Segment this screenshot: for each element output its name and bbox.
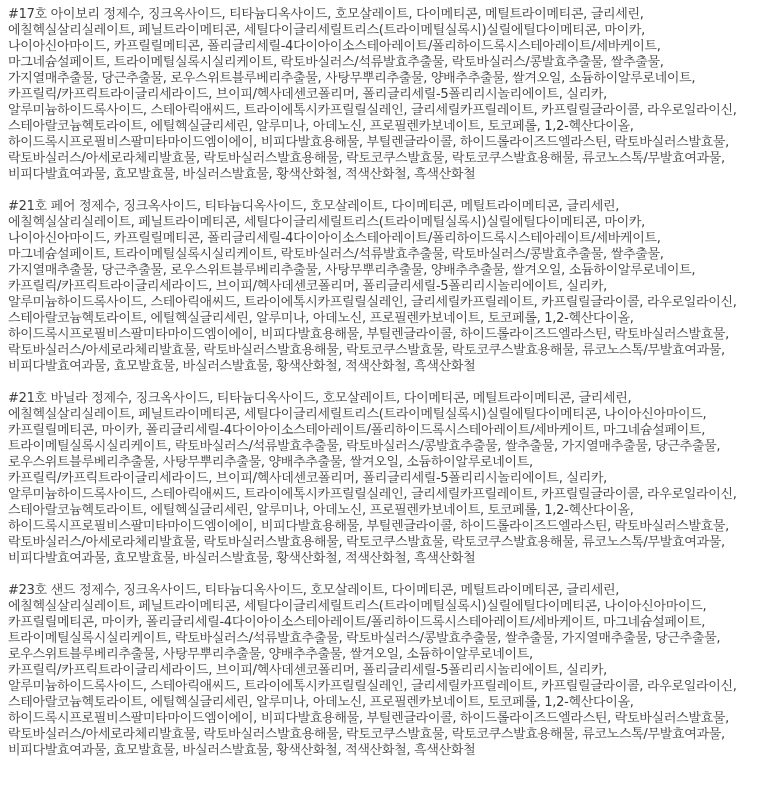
ingredient-line: 스테아랄코늄헥토라이트, 에틸헥실글리세린, 알루미나, 아데노신, 프로필렌카… (8, 311, 780, 327)
ingredient-line: 나이아신아마이드, 카프릴릴메티콘, 폴리글리세릴-4다이아이소스테아레이트/폴… (8, 39, 780, 55)
ingredient-line: #21호 바닐라 정제수, 징크옥사이드, 티타늄디옥사이드, 호모살레이트, … (8, 391, 780, 407)
ingredient-line: #17호 아이보리 정제수, 징크옥사이드, 티타늄디옥사이드, 호모살레이트,… (8, 7, 780, 23)
ingredient-block-21-fair: #21호 페어 정제수, 징크옥사이드, 티타늄디옥사이드, 호모살레이트, 다… (8, 199, 780, 375)
ingredient-line: #21호 페어 정제수, 징크옥사이드, 티타늄디옥사이드, 호모살레이트, 다… (8, 199, 780, 215)
ingredient-line: 로우스위트블루베리추출물, 사탕무뿌리추출물, 양배추추출물, 쌀겨오일, 소듐… (8, 455, 780, 471)
ingredient-line: 비피다발효여과물, 효모발효물, 바실러스발효물, 황색산화철, 적색산화철, … (8, 359, 780, 375)
ingredient-line: 트라이메틸실록시실리케이트, 락토바실러스/석류발효추출물, 락토바실러스/콩발… (8, 439, 780, 455)
ingredient-line: 카프릴릴메티콘, 마이카, 폴리글리세릴-4다이아이소스테아레이트/폴리하이드록… (8, 423, 780, 439)
ingredient-line: 알루미늄하이드록사이드, 스테아릭애씨드, 트라이에톡시카프릴릴실레인, 글리세… (8, 295, 780, 311)
ingredient-line: 알루미늄하이드록사이드, 스테아릭애씨드, 트라이에톡시카프릴릴실레인, 글리세… (8, 487, 780, 503)
ingredient-block-17-ivory: #17호 아이보리 정제수, 징크옥사이드, 티타늄디옥사이드, 호모살레이트,… (8, 7, 780, 183)
ingredient-line: 에칠헥실살리실레이트, 페닐트라이메티콘, 세틸다이글리세릴트리스(트라이메틸실… (8, 407, 780, 423)
ingredient-line: 가지열매추출물, 당근추출물, 로우스위트블루베리추출물, 사탕무뿌리추출물, … (8, 263, 780, 279)
ingredient-line: 락토바실러스/아세로라체리발효물, 락토바실러스발효용해물, 락토코쿠스발효물,… (8, 343, 780, 359)
ingredient-line: 카프릴릭/카프릭트라이글리세라이드, 브이피/헥사데센코폴리머, 폴리글리세릴-… (8, 663, 780, 679)
ingredient-line: 비피다발효여과물, 효모발효물, 바실러스발효물, 황색산화철, 적색산화철, … (8, 551, 780, 567)
ingredient-line: 카프릴릴메티콘, 마이카, 폴리글리세릴-4다이아이소스테아레이트/폴리하이드록… (8, 615, 780, 631)
ingredient-block-21-vanilla: #21호 바닐라 정제수, 징크옥사이드, 티타늄디옥사이드, 호모살레이트, … (8, 391, 780, 567)
ingredient-line: 락토바실러스/아세로라체리발효물, 락토바실러스발효용해물, 락토코쿠스발효물,… (8, 151, 780, 167)
ingredient-line: 스테아랄코늄헥토라이트, 에틸헥실글리세린, 알루미나, 아데노신, 프로필렌카… (8, 503, 780, 519)
ingredient-line: 카프릴릭/카프릭트라이글리세라이드, 브이피/헥사데센코폴리머, 폴리글리세릴-… (8, 471, 780, 487)
ingredient-line: 마그네슘설페이트, 트라이메틸실록시실리케이트, 락토바실러스/석류발효추출물,… (8, 247, 780, 263)
ingredient-line: 비피다발효여과물, 효모발효물, 바실러스발효물, 황색산화철, 적색산화철, … (8, 167, 780, 183)
ingredient-block-23-sand: #23호 샌드 정제수, 징크옥사이드, 티타늄디옥사이드, 호모살레이트, 다… (8, 583, 780, 759)
ingredient-line: 락토바실러스/아세로라체리발효물, 락토바실러스발효용해물, 락토코쿠스발효물,… (8, 535, 780, 551)
ingredient-line: 가지열매추출물, 당근추출물, 로우스위트블루베리추출물, 사탕무뿌리추출물, … (8, 71, 780, 87)
ingredient-line: 알루미늄하이드록사이드, 스테아릭애씨드, 트라이에톡시카프릴릴실레인, 글리세… (8, 103, 780, 119)
ingredient-line: 에칠헥실살리실레이트, 페닐트라이메티콘, 세틸다이글리세릴트리스(트라이메틸실… (8, 23, 780, 39)
ingredient-line: 하이드록시프로필비스팔미타마이드엠이에이, 비피다발효용해물, 부틸렌글라이콜,… (8, 327, 780, 343)
ingredient-line: 로우스위트블루베리추출물, 사탕무뿌리추출물, 양배추추출물, 쌀겨오일, 소듐… (8, 647, 780, 663)
ingredient-line: 스테아랄코늄헥토라이트, 에틸헥실글리세린, 알루미나, 아데노신, 프로필렌카… (8, 119, 780, 135)
ingredient-line: 알루미늄하이드록사이드, 스테아릭애씨드, 트라이에톡시카프릴릴실레인, 글리세… (8, 679, 780, 695)
ingredient-line: 마그네슘설페이트, 트라이메틸실록시실리케이트, 락토바실러스/석류발효추출물,… (8, 55, 780, 71)
ingredient-line: 스테아랄코늄헥토라이트, 에틸헥실글리세린, 알루미나, 아데노신, 프로필렌카… (8, 695, 780, 711)
ingredient-line: 에칠헥실살리실레이트, 페닐트라이메티콘, 세틸다이글리세릴트리스(트라이메틸실… (8, 215, 780, 231)
ingredient-line: 비피다발효여과물, 효모발효물, 바실러스발효물, 황색산화철, 적색산화철, … (8, 743, 780, 759)
ingredient-line: 에칠헥실살리실레이트, 페닐트라이메티콘, 세틸다이글리세릴트리스(트라이메틸실… (8, 599, 780, 615)
ingredient-line: 하이드록시프로필비스팔미타마이드엠이에이, 비피다발효용해물, 부틸렌글라이콜,… (8, 519, 780, 535)
ingredient-line: 하이드록시프로필비스팔미타마이드엠이에이, 비피다발효용해물, 부틸렌글라이콜,… (8, 135, 780, 151)
ingredient-line: 락토바실러스/아세로라체리발효물, 락토바실러스발효용해물, 락토코쿠스발효물,… (8, 727, 780, 743)
ingredient-line: 트라이메틸실록시실리케이트, 락토바실러스/석류발효추출물, 락토바실러스/콩발… (8, 631, 780, 647)
ingredient-line: 나이아신아마이드, 카프릴릴메티콘, 폴리글리세릴-4다이아이소스테아레이트/폴… (8, 231, 780, 247)
ingredient-document: #17호 아이보리 정제수, 징크옥사이드, 티타늄디옥사이드, 호모살레이트,… (0, 0, 780, 759)
ingredient-line: 카프릴릭/카프릭트라이글리세라이드, 브이피/헥사데센코폴리머, 폴리글리세릴-… (8, 279, 780, 295)
ingredient-line: #23호 샌드 정제수, 징크옥사이드, 티타늄디옥사이드, 호모살레이트, 다… (8, 583, 780, 599)
ingredient-line: 하이드록시프로필비스팔미타마이드엠이에이, 비피다발효용해물, 부틸렌글라이콜,… (8, 711, 780, 727)
ingredient-line: 카프릴릭/카프릭트라이글리세라이드, 브이피/헥사데센코폴리머, 폴리글리세릴-… (8, 87, 780, 103)
